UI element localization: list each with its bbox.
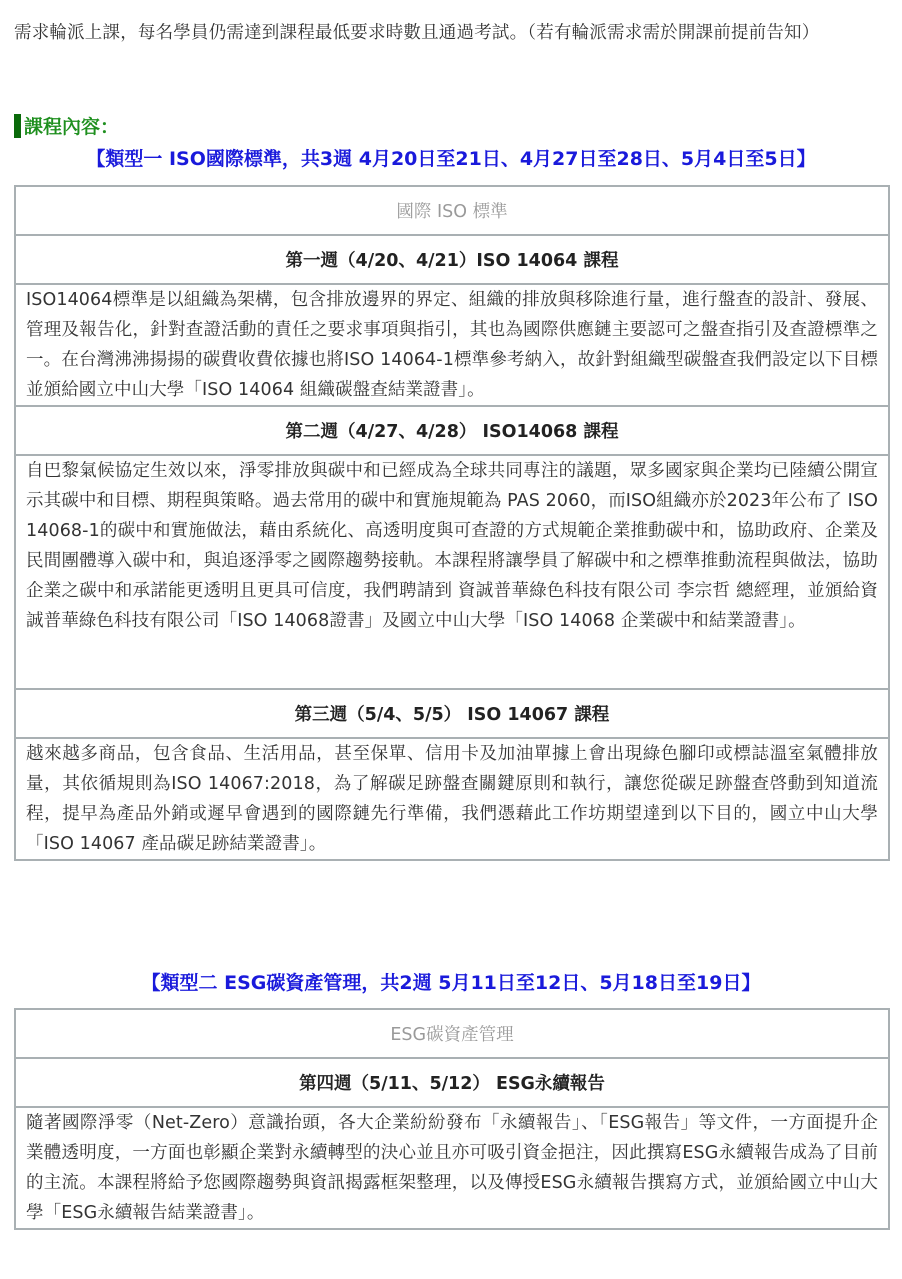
week-description: ISO14064標準是以組織為架構，包含排放邊界的界定、組織的排放與移除進行量，… [15, 284, 889, 406]
type-heading-iso: 【類型一 ISO國際標準，共3週 4月20日至21日、4月27日至28日、5月4… [0, 144, 902, 171]
section-title: 課程內容： [14, 112, 119, 139]
week-description: 越來越多商品，包含食品、生活用品，甚至保單、信用卡及加油單據上會出現綠色腳印或標… [15, 738, 889, 860]
intro-paragraph: 需求輪派上課，每名學員仍需達到課程最低要求時數且通過考試。（若有輪派需求需於開課… [14, 18, 894, 48]
week-title: 第一週（4/20、4/21）ISO 14064 課程 [15, 235, 889, 284]
week-description: 隨著國際淨零（Net-Zero）意識抬頭，各大企業紛紛發布「永續報告」、「ESG… [15, 1107, 889, 1229]
week-description: 自巴黎氣候協定生效以來，淨零排放與碳中和已經成為全球共同專注的議題，眾多國家與企… [15, 455, 889, 689]
category-header: ESG碳資產管理 [15, 1009, 889, 1058]
course-table-esg: ESG碳資產管理 第四週（5/11、5/12） ESG永續報告 隨著國際淨零（N… [14, 1008, 890, 1230]
week-title: 第二週（4/27、4/28） ISO14068 課程 [15, 406, 889, 455]
category-header: 國際 ISO 標準 [15, 186, 889, 235]
section-title-text: 課程內容： [24, 112, 119, 139]
course-table-iso: 國際 ISO 標準 第一週（4/20、4/21）ISO 14064 課程 ISO… [14, 185, 890, 861]
type-heading-esg: 【類型二 ESG碳資產管理，共2週 5月11日至12日、5月18日至19日】 [0, 968, 902, 995]
section-marker-icon [14, 114, 21, 138]
week-title: 第三週（5/4、5/5） ISO 14067 課程 [15, 689, 889, 738]
week-title: 第四週（5/11、5/12） ESG永續報告 [15, 1058, 889, 1107]
